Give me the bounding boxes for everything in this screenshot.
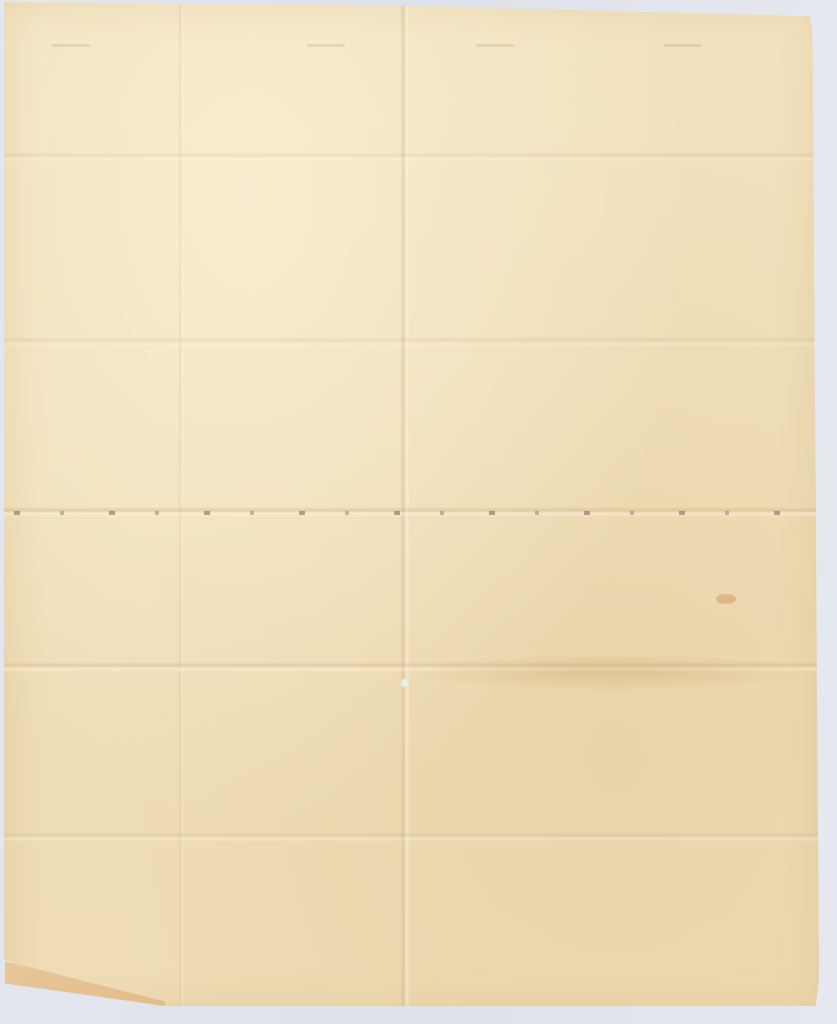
stain-band [404, 652, 819, 692]
stain-spot [716, 594, 736, 604]
crease-tear-marks [14, 511, 799, 515]
horizontal-crease [4, 832, 819, 842]
paper-sheet [4, 2, 819, 1010]
paper-hole [401, 679, 408, 687]
horizontal-crease [4, 337, 819, 347]
bleed-through-mark [476, 44, 514, 47]
bleed-through-mark [664, 44, 702, 47]
bleed-through-mark [52, 44, 90, 47]
bleed-through-mark [307, 44, 345, 47]
horizontal-crease [4, 152, 819, 162]
